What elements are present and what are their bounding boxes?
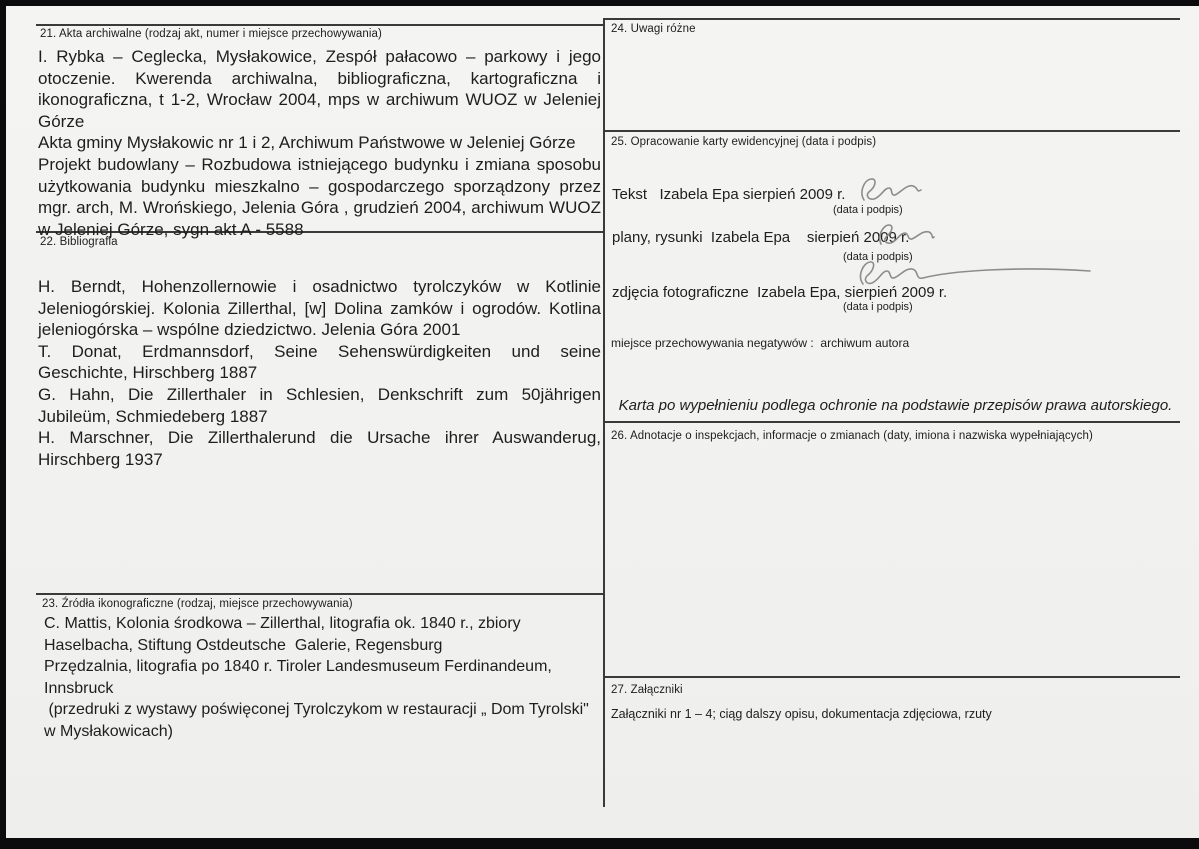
scan-edge-top (0, 0, 1199, 6)
scan-edge-bottom (0, 838, 1199, 849)
border-column-divider (603, 18, 605, 807)
border-section27-top (603, 676, 1180, 678)
attachments-line: Załączniki nr 1 – 4; ciąg dalszy opisu, … (611, 707, 992, 721)
negatives-storage-line: miejsce przechowywania negatywów : archi… (611, 336, 909, 350)
bibliography-entry: H. Berndt, Hohenzollernowie i osadnictwo… (38, 276, 601, 341)
bibliography-entry: H. Marschner, Die Zillerthalerund die Ur… (38, 427, 601, 470)
bibliography-entry: G. Hahn, Die Zillerthaler in Schlesien, … (38, 384, 601, 427)
section27-header: 27. Załączniki (611, 684, 683, 696)
section26-header: 26. Adnotacje o inspekcjach, informacje … (611, 430, 1093, 442)
section21-paragraph: I. Rybka – Ceglecka, Mysłakowice, Zespół… (38, 46, 601, 132)
border-section21-top (36, 24, 603, 26)
section25-header: 25. Opracowanie karty ewidencyjnej (data… (611, 136, 876, 148)
border-section23-top (36, 593, 603, 595)
section23-header: 23. Źródła ikonograficzne (rodzaj, miejs… (42, 598, 353, 610)
section21-body: I. Rybka – Ceglecka, Mysłakowice, Zespół… (38, 46, 601, 240)
iconographic-source-entry: C. Mattis, Kolonia środkowa – Zillerthal… (44, 613, 599, 656)
section21-header: 21. Akta archiwalne (rodzaj akt, numer i… (40, 28, 382, 40)
credit-drawings-row: plany, rysunki Izabela Epa sierpień 2009… (612, 229, 909, 246)
iconographic-source-entry: (przedruki z wystawy poświęconej Tyrolcz… (44, 699, 599, 742)
credit-photos-row: zdjęcia fotograficzne Izabela Epa, sierp… (612, 284, 947, 301)
section24-header: 24. Uwagi różne (611, 23, 696, 35)
credit-text-row: Tekst Izabela Epa sierpień 2009 r. (612, 186, 845, 203)
scanned-record-card: 21. Akta archiwalne (rodzaj akt, numer i… (0, 0, 1199, 849)
section23-body: C. Mattis, Kolonia środkowa – Zillerthal… (44, 613, 599, 742)
iconographic-source-entry: Przędzalnia, litografia po 1840 r. Tirol… (44, 656, 599, 699)
section22-body: H. Berndt, Hohenzollernowie i osadnictwo… (38, 276, 601, 470)
signature-caption: (data i podpis) (843, 301, 913, 313)
signature-caption: (data i podpis) (833, 204, 903, 216)
section21-paragraph: Akta gminy Mysłakowic nr 1 i 2, Archiwum… (38, 132, 601, 154)
bibliography-entry: T. Donat, Erdmannsdorf, Seine Sehenswürd… (38, 341, 601, 384)
copyright-note: Karta po wypełnieniu podlega ochronie na… (611, 397, 1180, 414)
border-section24-top (603, 18, 1180, 20)
scan-edge-left (0, 0, 6, 849)
border-section25-top (603, 130, 1180, 132)
section22-header: 22. Bibliografia (40, 236, 118, 248)
section21-paragraph: Projekt budowlany – Rozbudowa istniejące… (38, 154, 601, 240)
border-section26-top (603, 421, 1180, 423)
